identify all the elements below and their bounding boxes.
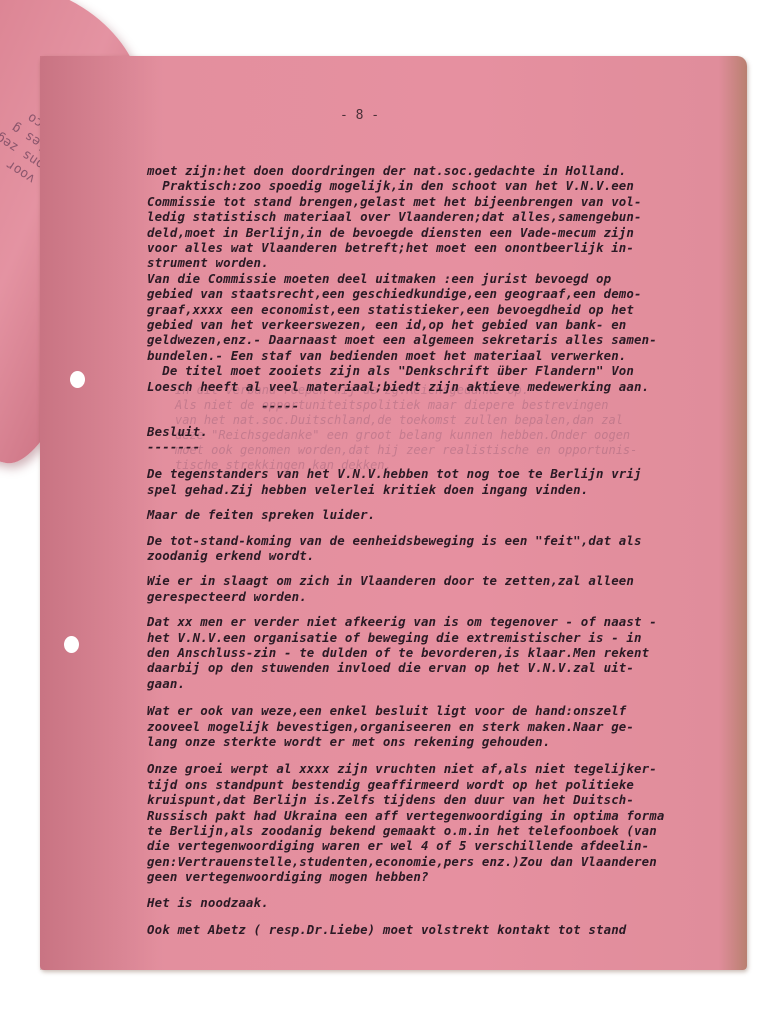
text-line: het V.N.V.een organisatie of beweging di… bbox=[147, 630, 747, 645]
text-line: Dat xx men er verder niet afkeerig van i… bbox=[147, 614, 747, 629]
text-line: zooveel mogelijk bevestigen,organiseeren… bbox=[147, 719, 747, 734]
text-line: den Anschluss-zin - te dulden of te bevo… bbox=[147, 645, 747, 660]
text-line: te Berlijn,als zoodanig bekend gemaakt o… bbox=[147, 823, 747, 838]
text-line: Van die Commissie moeten deel uitmaken :… bbox=[147, 271, 747, 286]
text-line: Onze groei werpt al xxxx zijn vruchten n… bbox=[147, 761, 747, 776]
text-line: spel gehad.Zij hebben velerlei kritiek d… bbox=[147, 482, 747, 497]
page-number: - 8 - bbox=[340, 108, 379, 123]
punch-hole-lower bbox=[64, 636, 79, 653]
paragraph: Wie er in slaagt om zich in Vlaanderen d… bbox=[147, 573, 747, 604]
text-line: lang onze sterkte wordt er met ons reken… bbox=[147, 734, 747, 749]
paragraph: moet zijn:het doen doordringen der nat.s… bbox=[147, 163, 747, 394]
text-line: daarbij op den stuwenden invloed die erv… bbox=[147, 660, 747, 675]
text-line: gerespecteerd worden. bbox=[147, 589, 747, 604]
text-line: die vertegenwoordiging waren er wel 4 of… bbox=[147, 838, 747, 853]
text-line: zoodanig erkend wordt. bbox=[147, 548, 747, 563]
page-shadow bbox=[40, 56, 160, 970]
text-line: tijd ons standpunt bestendig geaffirmeer… bbox=[147, 777, 747, 792]
text-line: Besluit. bbox=[147, 424, 747, 439]
text-line: Ook met Abetz ( resp.Dr.Liebe) moet vols… bbox=[147, 922, 747, 937]
text-line: Het is noodzaak. bbox=[147, 895, 747, 910]
text-line: ledig statistisch materiaal over Vlaande… bbox=[147, 209, 747, 224]
paragraph: Maar de feiten spreken luider. bbox=[147, 507, 747, 522]
text-line: ------- bbox=[147, 439, 747, 454]
text-line: gen:Vertrauenstelle,studenten,economie,p… bbox=[147, 854, 747, 869]
text-line: Russisch pakt had Ukraina een aff verteg… bbox=[147, 808, 747, 823]
paragraph: Ook met Abetz ( resp.Dr.Liebe) moet vols… bbox=[147, 922, 747, 937]
punch-hole-upper bbox=[70, 371, 85, 388]
paragraph: De tegenstanders van het V.N.V.hebben to… bbox=[147, 466, 747, 497]
text-line: Maar de feiten spreken luider. bbox=[147, 507, 747, 522]
text-line: geen vertegenwoordiging mogen hebben? bbox=[147, 869, 747, 884]
text-line: Praktisch:zoo spoedig mogelijk,in den sc… bbox=[147, 178, 747, 193]
text-line: deld,moet in Berlijn,in de bevoegde dien… bbox=[147, 225, 747, 240]
paragraph: Wat er ook van weze,een enkel besluit li… bbox=[147, 703, 747, 749]
paragraph: De tot-stand-koming van de eenheidsbeweg… bbox=[147, 533, 747, 564]
text-line: Commissie tot stand brengen,gelast met h… bbox=[147, 194, 747, 209]
text-line: De tegenstanders van het V.N.V.hebben to… bbox=[147, 466, 747, 481]
text-line: bundelen.- Een staf van bedienden moet h… bbox=[147, 348, 747, 363]
text-line: ----- bbox=[147, 398, 747, 413]
text-line: Loesch heeft al veel materiaal;biedt zij… bbox=[147, 379, 747, 394]
document-body: moet zijn:het doen doordringen der nat.s… bbox=[147, 163, 747, 937]
paragraph: Onze groei werpt al xxxx zijn vruchten n… bbox=[147, 761, 747, 884]
paragraph: ----- bbox=[147, 398, 747, 413]
text-line: Wie er in slaagt om zich in Vlaanderen d… bbox=[147, 573, 747, 588]
text-line: kruispunt,dat Berlijn is.Zelfs tijdens d… bbox=[147, 792, 747, 807]
paragraph: Het is noodzaak. bbox=[147, 895, 747, 910]
text-line: De titel moet zooiets zijn als "Denkschr… bbox=[147, 363, 747, 378]
text-line: gebied van staatsrecht,een geschiedkundi… bbox=[147, 286, 747, 301]
text-line: moet zijn:het doen doordringen der nat.s… bbox=[147, 163, 747, 178]
text-line: strument worden. bbox=[147, 255, 747, 270]
paragraph: Besluit.------- bbox=[147, 424, 747, 455]
text-line: gaan. bbox=[147, 676, 747, 691]
text-line: voor alles wat Vlaanderen betreft;het mo… bbox=[147, 240, 747, 255]
text-line: gebied van het verkeerswezen, een id,op … bbox=[147, 317, 747, 332]
text-line: Wat er ook van weze,een enkel besluit li… bbox=[147, 703, 747, 718]
text-line: De tot-stand-koming van de eenheidsbeweg… bbox=[147, 533, 747, 548]
text-line: geldwezen,enz.- Daarnaast moet een algem… bbox=[147, 332, 747, 347]
text-line: graaf,xxxx een economist,een statistieke… bbox=[147, 302, 747, 317]
paragraph: Dat xx men er verder niet afkeerig van i… bbox=[147, 614, 747, 691]
